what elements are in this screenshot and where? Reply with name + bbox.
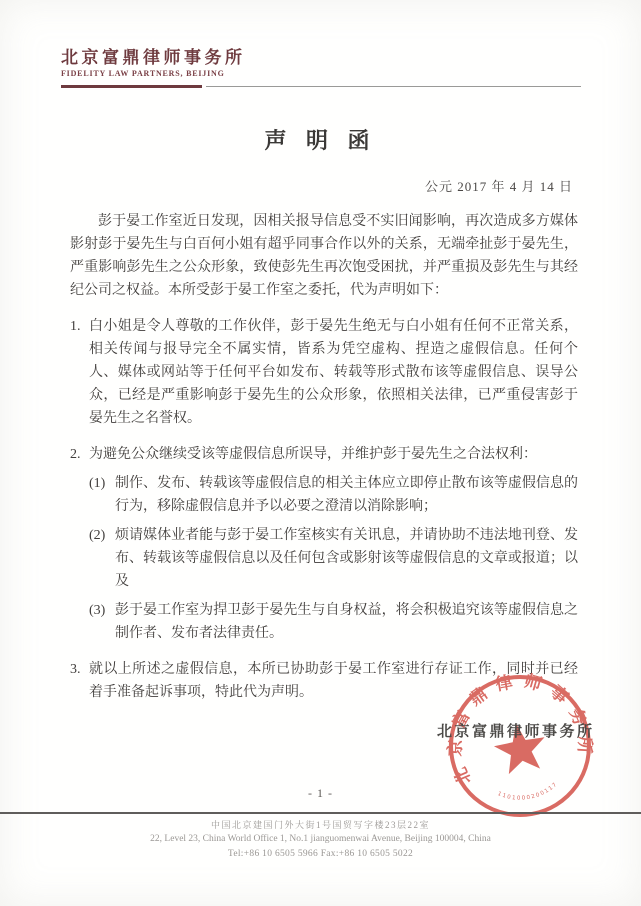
firm-logo: 北京富鼎律师事务所 FIDELITY LAW PARTNERS, BEIJING [61,48,641,79]
list-item-text: 就以上所述之虚假信息，本所已协助彭于晏工作室进行存证工作，同时并已经着手准备起诉… [89,658,578,704]
footer-tel-fax: Tel:+86 10 6505 5966 Fax:+86 10 6505 502… [0,847,641,862]
letterhead: 北京富鼎律师事务所 FIDELITY LAW PARTNERS, BEIJING [0,0,641,88]
sublist-item: (3) 彭于晏工作室为捍卫彭于晏先生与自身权益，将会积极追究该等虚假信息之制作者… [89,599,578,645]
intro-paragraph: 彭于晏工作室近日发现，因相关报导信息受不实旧闻影响，再次造成多方媒体影射彭于晏先… [70,210,578,302]
list-item-number: 1. [70,315,89,430]
sublist-item-number: (2) [89,524,115,593]
sublist-item: (1) 制作、发布、转载该等虚假信息的相关主体应立即停止散布该等虚假信息的行为，… [89,472,578,518]
sublist-item-text: 制作、发布、转载该等虚假信息的相关主体应立即停止散布该等虚假信息的行为，移除虚假… [115,472,578,518]
sublist-item-text: 彭于晏工作室为捍卫彭于晏先生与自身权益，将会积极追究该等虚假信息之制作者、发布者… [115,599,578,645]
document-date: 公元 2017 年 4 月 14 日 [0,176,641,195]
seal-star-icon [491,719,550,776]
list-item-number: 3. [70,658,89,704]
sublist-item-number: (1) [89,472,115,518]
footer-address-english: 22, Level 23, China World Office 1, No.1… [0,832,641,847]
list-item-text: 白小姐是令人尊敬的工作伙伴，彭于晏先生绝无与白小姐有任何不正常关系，相关传闻与报… [89,315,578,430]
footer-divider [0,812,641,814]
sublist-item-number: (3) [89,599,115,645]
list-item: 2. 为避免公众继续受该等虚假信息所误导，并维护彭于晏先生之合法权利： [70,443,578,466]
letterhead-divider [61,85,641,88]
divider-brand-segment [61,85,202,88]
footer: 中国北京建国门外大街1号国贸写字楼23层22室 22, Level 23, Ch… [0,818,641,862]
divider-gray-segment [206,86,581,87]
sublist: (1) 制作、发布、转载该等虚假信息的相关主体应立即停止散布该等虚假信息的行为，… [89,472,578,645]
list-item: 1. 白小姐是令人尊敬的工作伙伴，彭于晏先生绝无与白小姐有任何不正常关系，相关传… [70,315,578,430]
footer-address-chinese: 中国北京建国门外大街1号国贸写字楼23层22室 [0,818,641,832]
sublist-item-text: 烦请媒体业者能与彭于晏工作室核实有关讯息，并请协助不违法地刊登、发布、转载该等虚… [115,524,578,593]
page-number: - 1 - [0,786,641,801]
document-title: 声 明 函 [0,124,641,155]
firm-name-english: FIDELITY LAW PARTNERS, BEIJING [61,68,641,79]
list-item: 3. 就以上所述之虚假信息，本所已协助彭于晏工作室进行存证工作，同时并已经着手准… [70,658,578,704]
firm-name-chinese: 北京富鼎律师事务所 [61,48,641,68]
list-item-text: 为避免公众继续受该等虚假信息所误导，并维护彭于晏先生之合法权利： [89,443,578,466]
list-item-number: 2. [70,443,89,466]
signature-firm-name: 北京富鼎律师事务所 [437,720,603,741]
sublist-item: (2) 烦请媒体业者能与彭于晏工作室核实有关讯息，并请协助不违法地刊登、发布、转… [89,524,578,593]
document-body: 彭于晏工作室近日发现，因相关报导信息受不实旧闻影响，再次造成多方媒体影射彭于晏先… [70,210,578,704]
document-page: 北京富鼎律师事务所 FIDELITY LAW PARTNERS, BEIJING… [0,0,641,906]
